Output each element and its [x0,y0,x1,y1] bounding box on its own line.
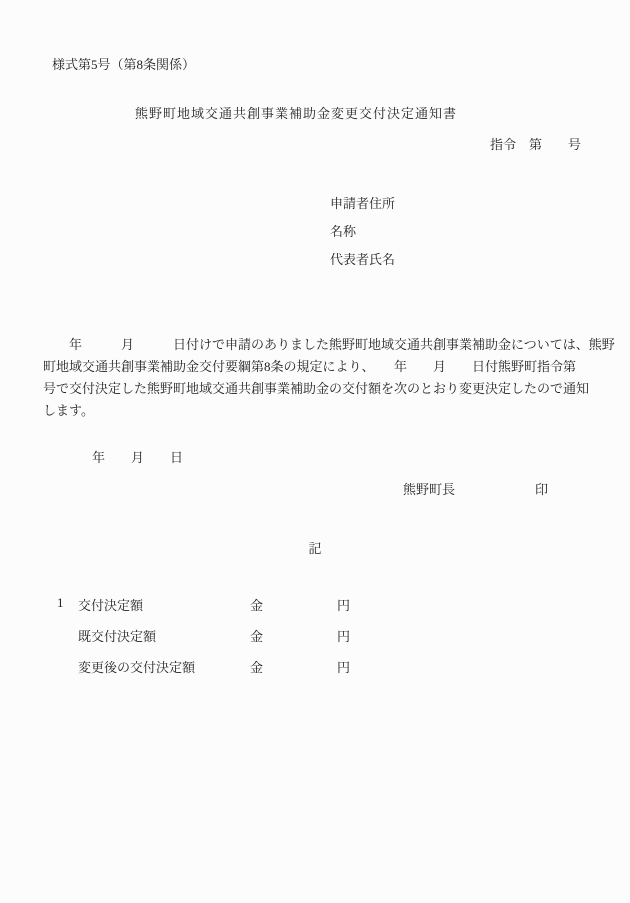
amount-row-grant-decision: 1 交付決定額 金 円 [0,595,630,611]
form-number: 様式第5号（第8条関係） [52,57,195,72]
currency-prefix: 金 [250,595,263,614]
currency-prefix: 金 [250,626,263,645]
applicant-representative-label: 代表者氏名 [330,252,395,267]
body-text-line: 号で交付決定した熊野町地域交通共創事業補助金の交付額を次のとおり変更決定したので… [43,381,589,396]
currency-suffix: 円 [337,657,350,676]
item-label: 変更後の交付決定額 [78,657,195,676]
notice-document-page: 様式第5号（第8条関係） 熊野町地域交通共創事業補助金変更交付決定通知書 指令 … [0,0,630,903]
body-text-line: 町地域交通共創事業補助金交付要綱第8条の規定により、 年 月 日付熊野町指令第 [43,359,576,374]
issue-date-line: 年 月 日 [92,450,183,465]
document-title: 熊野町地域交通共創事業補助金変更交付決定通知書 [135,106,457,121]
amount-row-previous-decision: 既交付決定額 金 円 [0,626,630,642]
signer-title: 熊野町長 [403,482,455,497]
currency-suffix: 円 [337,595,350,614]
record-section-marker: 記 [0,541,630,556]
directive-number-line: 指令 第 号 [490,137,581,152]
currency-suffix: 円 [337,626,350,645]
body-text-line: 年 月 日付けで申請のありました熊野町地域交通共創事業補助金については、熊野 [43,337,615,352]
applicant-name-label: 名称 [330,224,356,239]
item-label: 既交付決定額 [78,626,156,645]
item-label: 交付決定額 [78,595,143,614]
currency-prefix: 金 [250,657,263,676]
body-text-line: します。 [43,403,94,418]
applicant-address-label: 申請者住所 [330,196,395,211]
seal-mark: 印 [535,482,548,497]
amount-row-changed-decision: 変更後の交付決定額 金 円 [0,657,630,673]
item-number: 1 [57,595,64,611]
